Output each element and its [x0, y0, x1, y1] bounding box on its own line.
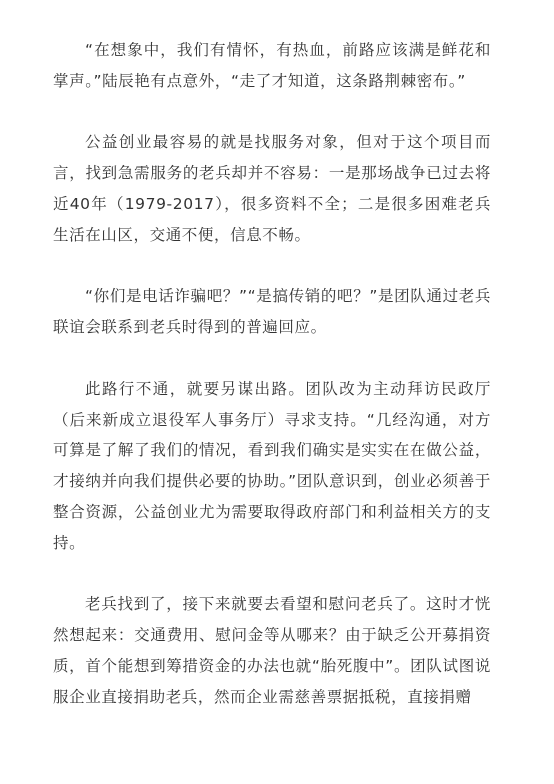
paragraph-expectation-quote: “在想象中，我们有情怀，有热血，前路应该满是鲜花和掌声。”陆辰艳有点意外，“走了…: [53, 35, 491, 97]
paragraph-skeptical-responses: “你们是电话诈骗吧？”“是搞传销的吧？”是团队通过老兵联谊会联系到老兵时得到的普…: [53, 281, 491, 343]
article-body: “在想象中，我们有情怀，有热血，前路应该满是鲜花和掌声。”陆辰艳有点意外，“走了…: [53, 35, 491, 743]
paragraph-finding-veterans: 公益创业最容易的就是找服务对象，但对于这个项目而言，找到急需服务的老兵却并不容易…: [53, 127, 491, 250]
paragraph-government-support: 此路行不通，就要另谋出路。团队改为主动拜访民政厅（后来新成立退役军人事务厅）寻求…: [53, 374, 491, 559]
paragraph-funding-problem: 老兵找到了，接下来就要去看望和慰问老兵了。这时才恍然想起来：交通费用、慰问金等从…: [53, 589, 491, 712]
